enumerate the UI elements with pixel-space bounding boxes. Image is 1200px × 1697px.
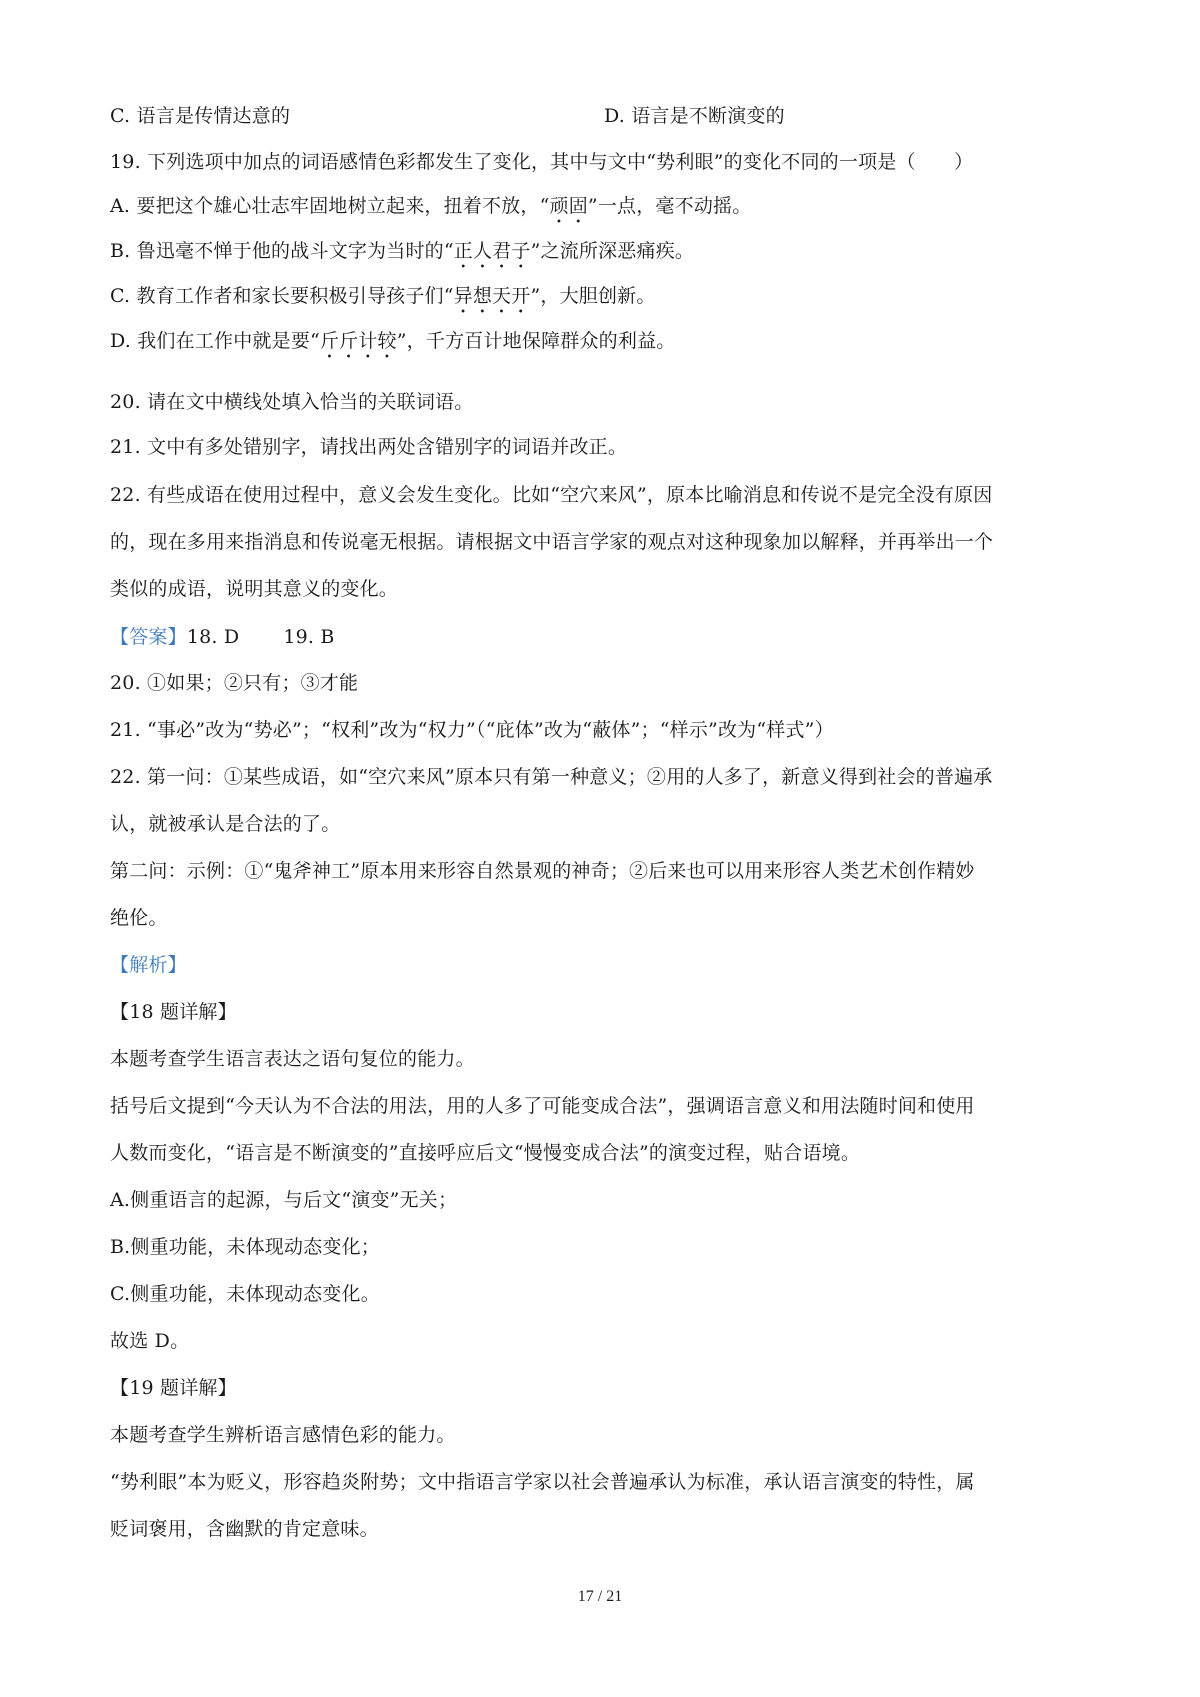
answer-20: 20. ①如果；②只有；③才能	[110, 671, 358, 695]
q19-detail-line: 贬词褒用，含幽默的肯定意味。	[110, 1517, 379, 1541]
answer-19: 19. B	[283, 626, 334, 648]
dotted-word: 异想天开	[454, 285, 531, 307]
q22-line-2: 的，现在多用来指消息和传说毫无根据。请根据文中语言学家的观点对这种现象加以解释，…	[110, 530, 993, 554]
q22-line-3: 类似的成语，说明其意义的变化。	[110, 577, 398, 601]
option-text: ”，千方百计地保障群众的利益。	[397, 330, 676, 352]
q22-line-1: 22. 有些成语在使用过程中，意义会发生变化。比如“空穴来风”，原本比喻消息和传…	[110, 483, 993, 507]
q18-detail-line: 本题考查学生语言表达之语句复位的能力。	[110, 1047, 475, 1071]
q19-option-a: A. 要把这个雄心壮志牢固地树立起来，扭着不放，“顽固”一点，毫不动摇。	[110, 194, 751, 228]
analysis-label: 【解析】	[110, 953, 187, 977]
q19-stem: 19. 下列选项中加点的词语感情色彩都发生了变化，其中与文中“势利眼”的变化不同…	[110, 150, 973, 174]
document-page: C. 语言是传情达意的 D. 语言是不断演变的 19. 下列选项中加点的词语感情…	[0, 0, 1200, 1697]
q18-option-d: D. 语言是不断演变的	[604, 104, 785, 128]
q19-detail-line: 本题考查学生辨析语言感情色彩的能力。	[110, 1423, 456, 1447]
q18-detail-line: B.侧重功能，未体现动态变化；	[110, 1235, 380, 1259]
answer-label: 【答案】	[110, 626, 187, 648]
q18-detail-line: 故选 D。	[110, 1329, 189, 1353]
option-text: D. 我们在工作中就是要“	[110, 330, 320, 352]
q18-detail-heading: 【18 题详解】	[110, 1000, 237, 1024]
q20-stem: 20. 请在文中横线处填入恰当的关联词语。	[110, 390, 473, 414]
dotted-word: 正人君子	[454, 240, 531, 262]
answer-22-line-4: 绝伦。	[110, 906, 168, 930]
answer-18: 18. D	[187, 626, 240, 648]
answer-22-line-2: 认，就被承认是合法的了。	[110, 812, 340, 836]
dotted-word: 顽固	[550, 195, 588, 217]
option-text: ”之流所深恶痛疾。	[531, 240, 695, 262]
answer-row-18-19: 【答案】18. D19. B	[110, 625, 335, 649]
q19-option-c: C. 教育工作者和家长要积极引导孩子们“异想天开”，大胆创新。	[110, 284, 656, 318]
answer-22-line-3: 第二问：示例：①“鬼斧神工”原本用来形容自然景观的神奇；②后来也可以用来形容人类…	[110, 859, 975, 883]
q18-detail-line: 括号后文提到“今天认为不合法的用法，用的人多了可能变成合法”，强调语言意义和用法…	[110, 1094, 975, 1118]
option-text: ”一点，毫不动摇。	[588, 195, 752, 217]
q18-detail-line: A.侧重语言的起源，与后文“演变”无关；	[110, 1188, 457, 1212]
q18-detail-line: 人数而变化，“语言是不断演变的”直接呼应后文“慢慢变成合法”的演变过程，贴合语境…	[110, 1141, 860, 1165]
answer-22-line-1: 22. 第一问：①某些成语，如“空穴来风”原本只有第一种意义；②用的人多了，新意…	[110, 765, 993, 789]
dotted-word: 斤斤计较	[320, 330, 397, 352]
answer-21: 21. “事必”改为“势必”；“权利”改为“权力”（“庇体”改为“蔽体”；“样示…	[110, 718, 834, 742]
q19-detail-line: “势利眼”本为贬义，形容趋炎附势；文中指语言学家以社会普遍承认为标准，承认语言演…	[110, 1470, 975, 1494]
q19-option-d: D. 我们在工作中就是要“斤斤计较”，千方百计地保障群众的利益。	[110, 329, 675, 363]
q18-option-c: C. 语言是传情达意的	[110, 104, 290, 128]
q18-detail-line: C.侧重功能，未体现动态变化。	[110, 1282, 380, 1306]
q21-stem: 21. 文中有多处错别字，请找出两处含错别字的词语并改正。	[110, 435, 627, 459]
q19-option-b: B. 鲁迅毫不惮于他的战斗文字为当时的“正人君子”之流所深恶痛疾。	[110, 239, 694, 273]
option-text: B. 鲁迅毫不惮于他的战斗文字为当时的“	[110, 240, 454, 262]
q19-detail-heading: 【19 题详解】	[110, 1376, 237, 1400]
option-text: C. 教育工作者和家长要积极引导孩子们“	[110, 285, 454, 307]
option-text: A. 要把这个雄心壮志牢固地树立起来，扭着不放，“	[110, 195, 550, 217]
option-text: ”，大胆创新。	[530, 285, 655, 307]
page-number: 17 / 21	[0, 1588, 1200, 1606]
